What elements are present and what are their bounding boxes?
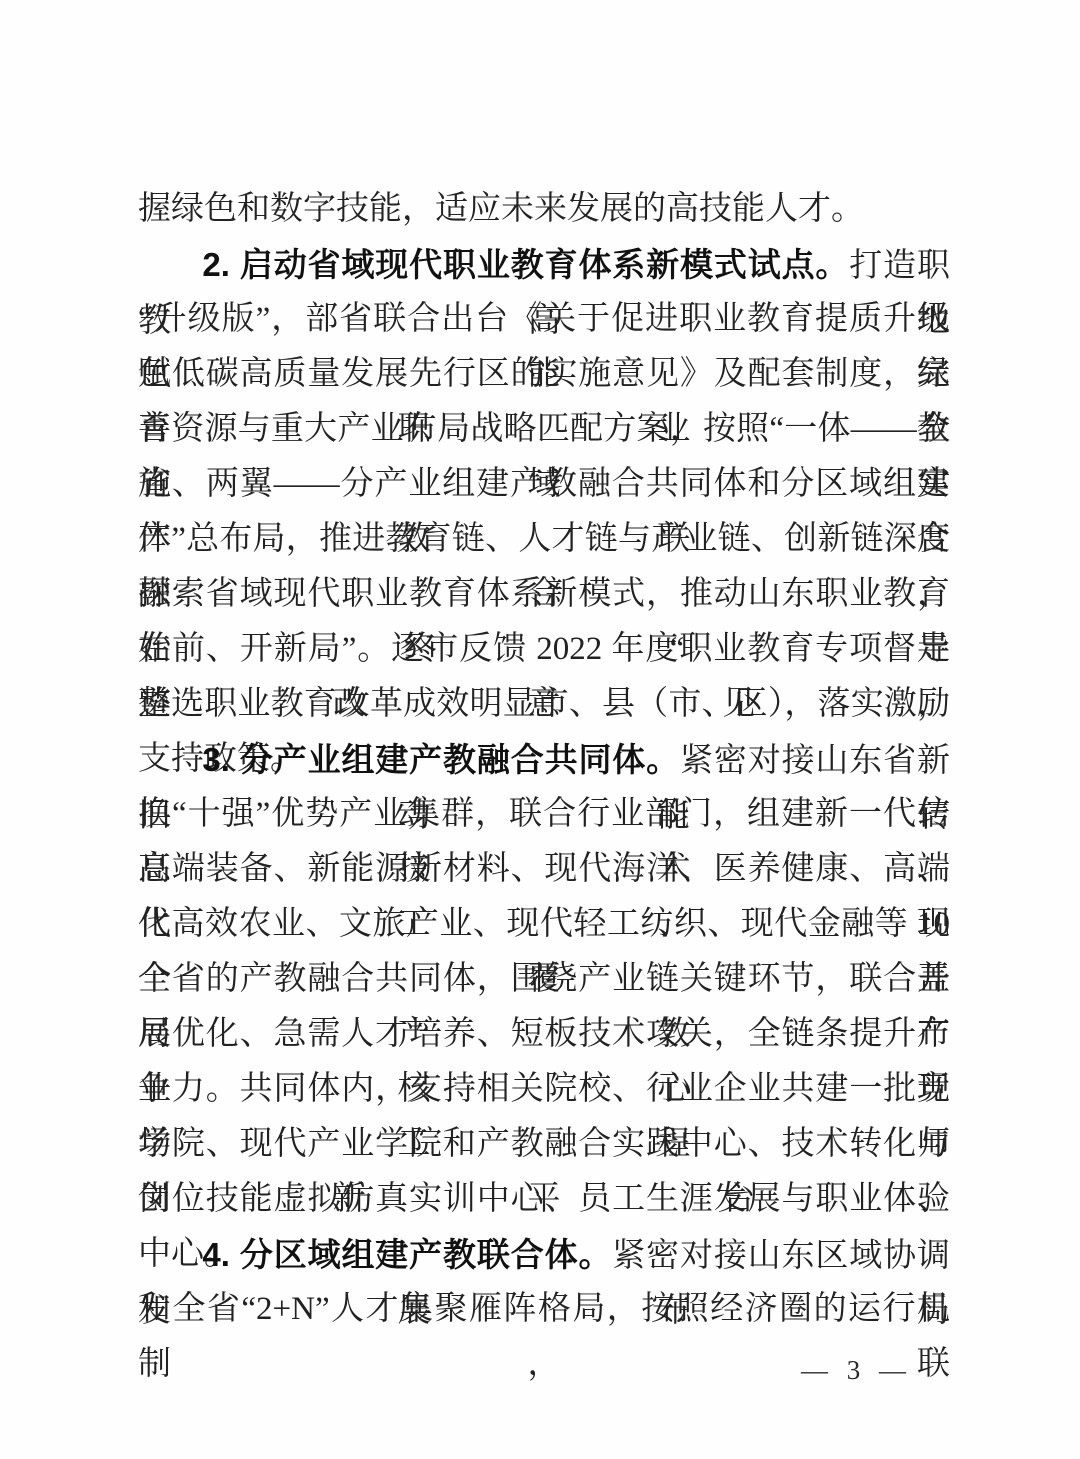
text-line: 探索省域现代职业教育体系新模式，推动山东职业教育始终“走 [138, 567, 950, 622]
text-line: 代高效农业、文旅产业、现代轻工纺织、现代金融等 10 个覆盖 [138, 897, 950, 952]
heading-bold-segment: 4. 分区域组建产教联合体。 [202, 1236, 612, 1273]
text-line: 高端装备、新能源新材料、现代海洋、医养健康、高端化工、现 [138, 842, 950, 897]
text-line: 遴选职业教育改革成效明显市、县（市、区），落实激励支持政策。 [138, 677, 950, 732]
document-body: 握绿色和数字技能，适应未来发展的高技能人才。2. 启动省域现代职业教育体系新模式… [138, 182, 950, 1337]
heading-bold-segment: 2. 启动省域现代职业教育体系新模式试点。 [202, 246, 849, 283]
text-line: 争力。共同体内，支持相关院校、行业企业共建一批现场工程师 [138, 1062, 950, 1117]
text-line: “升级版”，部省联合出台《关于促进职业教育提质升级 赋能绿 [138, 292, 950, 347]
text-line: 体”总布局，推进教育链、人才链与产业链、创新链深度融合， [138, 512, 950, 567]
line-text: 握绿色和数字技能，适应未来发展的高技能人才。 [138, 191, 864, 227]
text-line: 局优化、急需人才培养、短板技术攻关，全链条提升产业核心竞 [138, 1007, 950, 1062]
text-line: 育资源与重大产业布局战略匹配方案，按照“一体——全省域实 [138, 402, 950, 457]
document-page: 握绿色和数字技能，适应未来发展的高技能人才。2. 启动省域现代职业教育体系新模式… [0, 0, 1080, 1459]
text-line: 换“十强”优势产业集群，联合行业部门，组建新一代信息技术、 [138, 787, 950, 842]
text-line: 岗位技能虚拟仿真实训中心、员工生涯发展与职业体验中心。 [138, 1172, 950, 1227]
text-line: 3. 分产业组建产教融合共同体。紧密对接山东省新旧动能转 [138, 732, 950, 787]
heading-bold-segment: 3. 分产业组建产教融合共同体。 [202, 741, 680, 778]
text-line: 4. 分区域组建产教联合体。紧密对接山东区域协调发展布局 [138, 1227, 950, 1282]
page-number: — 3 — [801, 1355, 912, 1386]
text-line: 施、两翼——分产业组建产教融合共同体和分区域组建产教联合 [138, 457, 950, 512]
text-line: 学院、现代产业学院和产教融合实践中心、技术转化与创新平台、 [138, 1117, 950, 1172]
text-line: 色低碳高质量发展先行区的实施意见》及配套制度，完善职业教 [138, 347, 950, 402]
text-line: 在前、开新局”。逐市反馈 2022 年度职业教育专项督导整改意见， [138, 622, 950, 677]
text-line: 全省的产教融合共同体，围绕产业链关键环节，联合开展产教布 [138, 952, 950, 1007]
text-line: 2. 启动省域现代职业教育体系新模式试点。打造职教高地 [138, 237, 950, 292]
text-line: 握绿色和数字技能，适应未来发展的高技能人才。 [138, 182, 950, 237]
text-line: 和全省“2+N”人才集聚雁阵格局，按照经济圈的运行机制，联 [138, 1282, 950, 1337]
